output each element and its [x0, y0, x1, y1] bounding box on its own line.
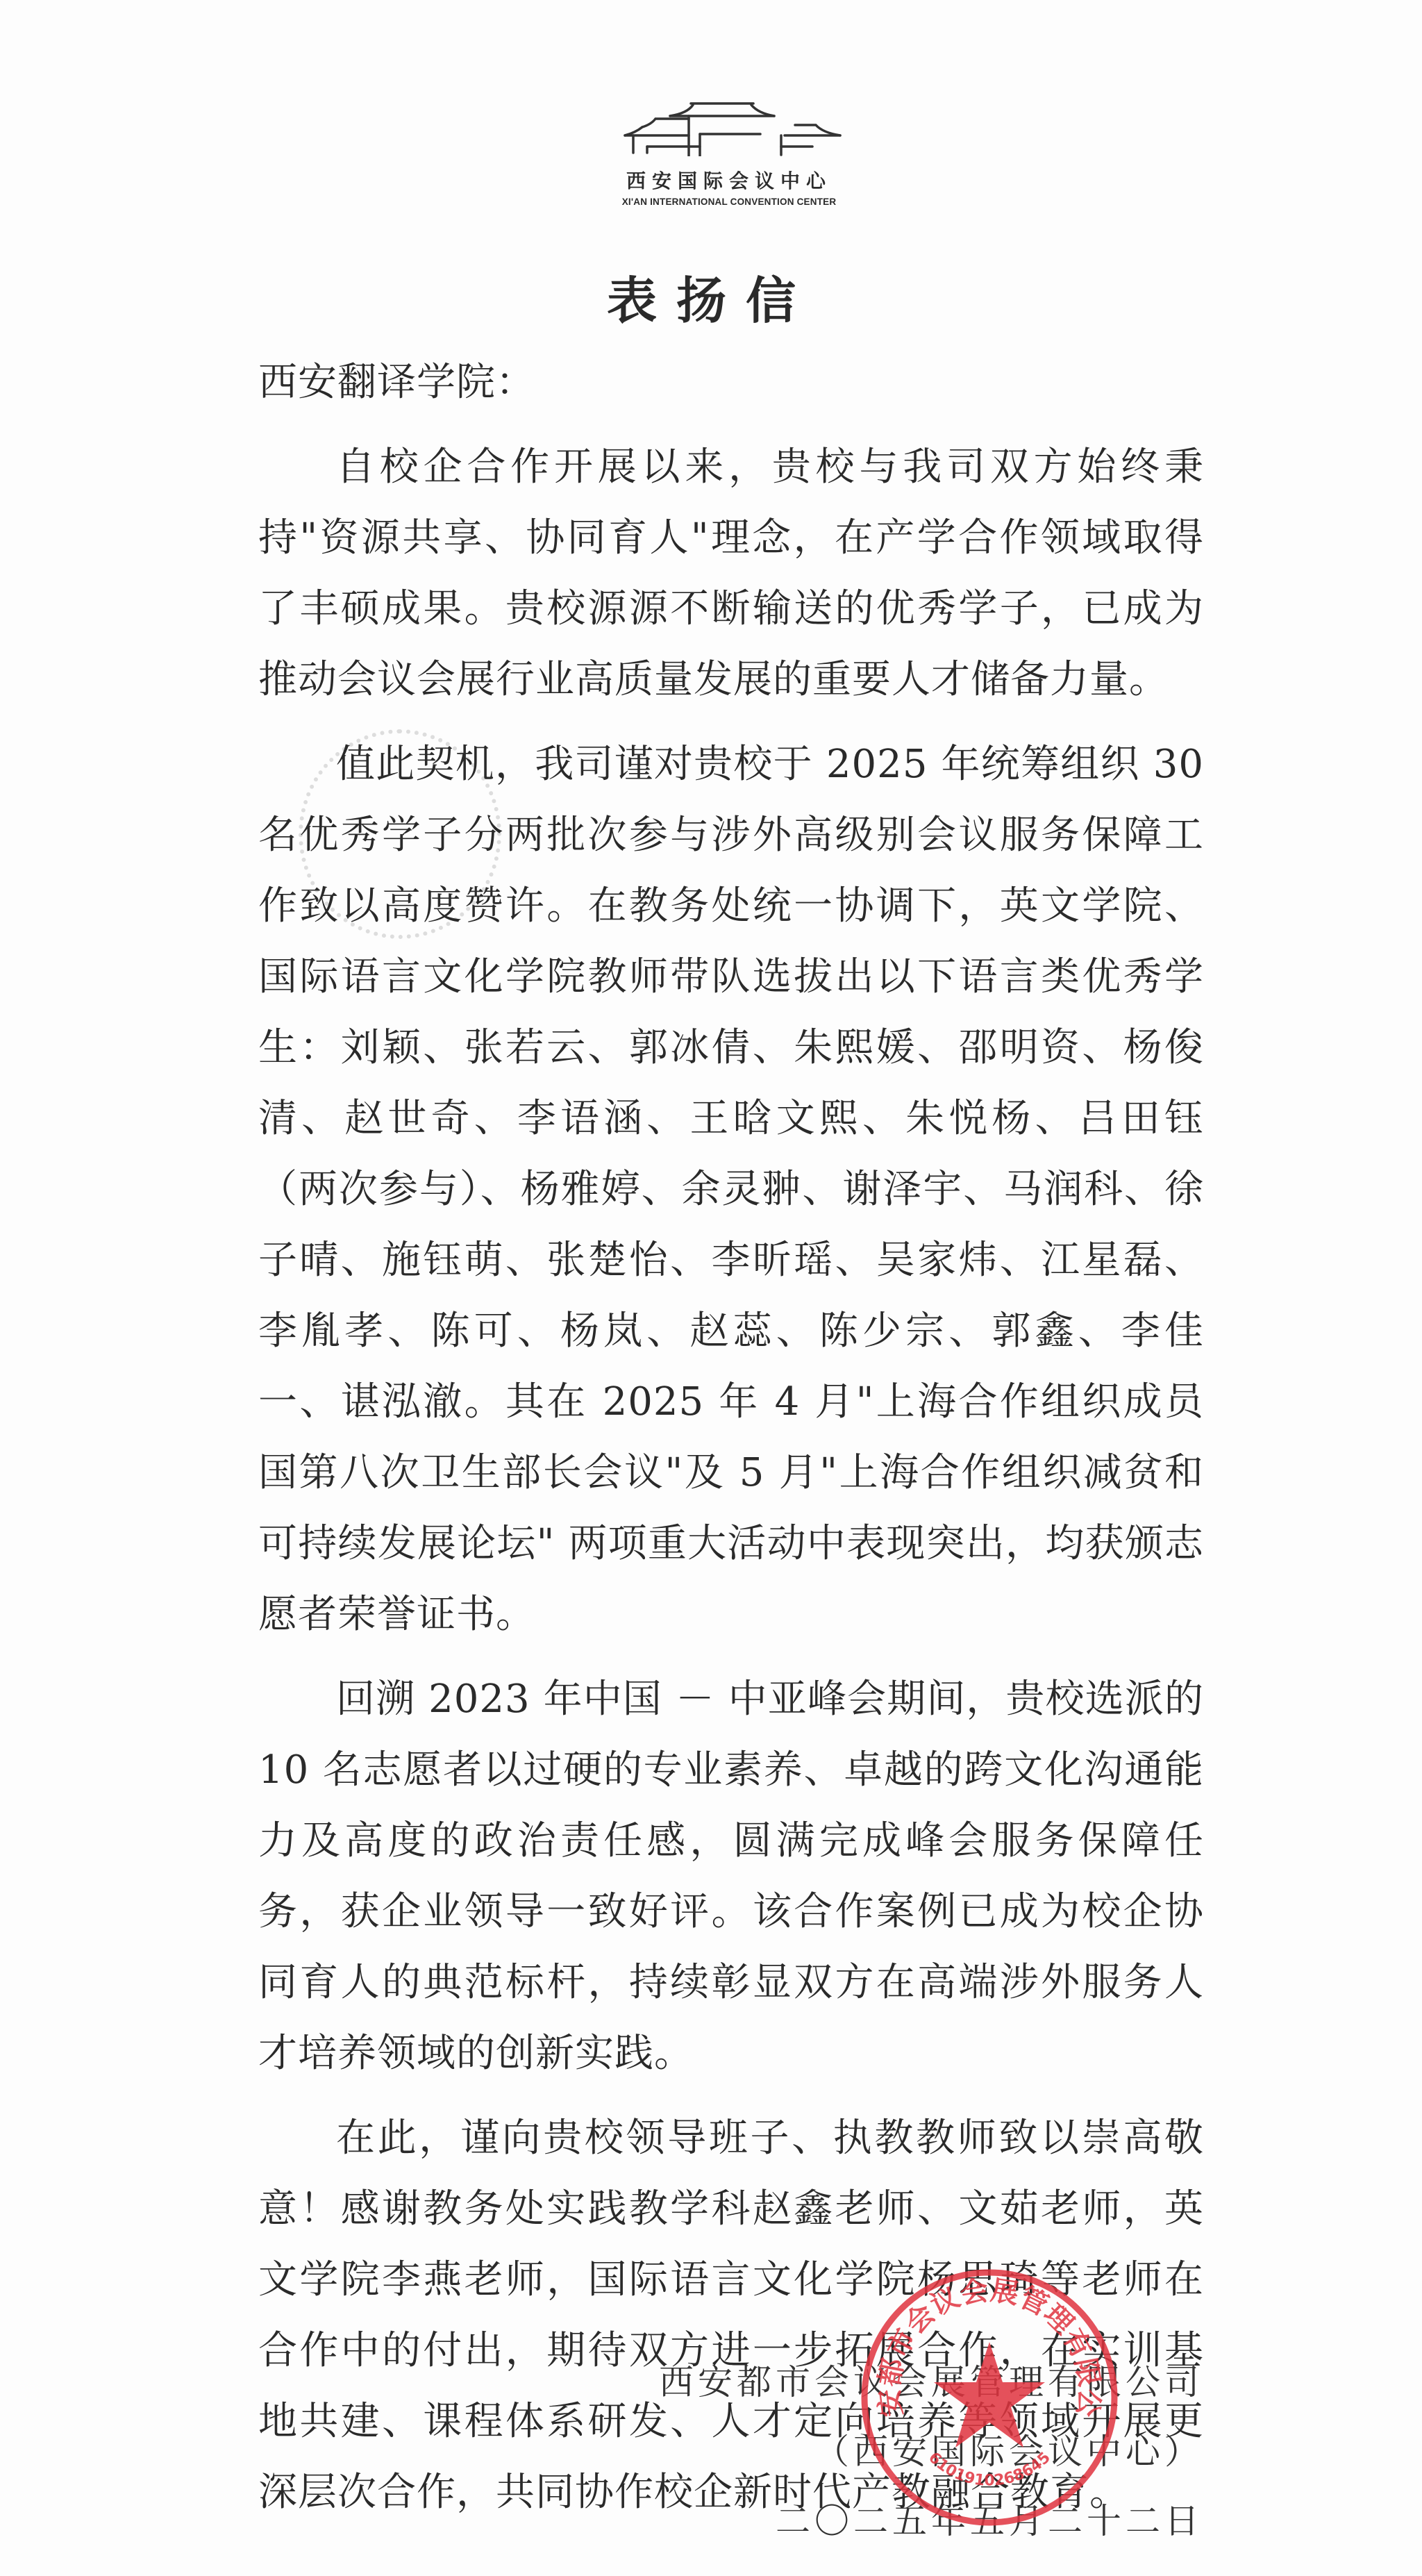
- paragraph-2: 值此契机，我司谨对贵校于 2025 年统筹组织 30 名优秀学子分两批次参与涉外…: [258, 729, 1204, 1650]
- logo-name-cn: 西安国际会议中心: [611, 166, 847, 194]
- paragraph-text: 值此契机，我司谨对贵校于 2025 年统筹组织 30 名优秀学子分两批次参与涉外…: [258, 729, 1204, 1650]
- letter-body: 西安翻译学院： 自校企合作开展以来，贵校与我司双方始终秉持"资源共享、协同育人"…: [258, 347, 1204, 2528]
- letter-title: 表扬信: [0, 260, 1422, 333]
- letter-page: 西安国际会议中心 XI'AN INTERNATIONAL CONVENTION …: [0, 0, 1422, 2576]
- building-roof-icon: [611, 87, 847, 156]
- paragraph-text: 回溯 2023 年中国 － 中亚峰会期间，贵校选派的 10 名志愿者以过硬的专业…: [258, 1664, 1204, 2089]
- paragraph-text: 自校企合作开展以来，贵校与我司双方始终秉持"资源共享、协同育人"理念，在产学合作…: [258, 432, 1204, 715]
- signature-block: 西安都市会议会展管理有限公司 （西安国际会议中心） 二〇二五年五月二十二日: [659, 2348, 1203, 2556]
- signature-alias: （西安国际会议中心）: [659, 2417, 1203, 2486]
- salutation: 西安翻译学院：: [258, 347, 1204, 418]
- paragraph-3: 回溯 2023 年中国 － 中亚峰会期间，贵校选派的 10 名志愿者以过硬的专业…: [258, 1664, 1204, 2089]
- signature-company: 西安都市会议会展管理有限公司: [659, 2348, 1203, 2417]
- signature-date: 二〇二五年五月二十二日: [659, 2486, 1203, 2556]
- logo-name-en: XI'AN INTERNATIONAL CONVENTION CENTER: [611, 197, 847, 207]
- paragraph-1: 自校企合作开展以来，贵校与我司双方始终秉持"资源共享、协同育人"理念，在产学合作…: [258, 432, 1204, 715]
- xian-icc-logo: 西安国际会议中心 XI'AN INTERNATIONAL CONVENTION …: [611, 87, 847, 207]
